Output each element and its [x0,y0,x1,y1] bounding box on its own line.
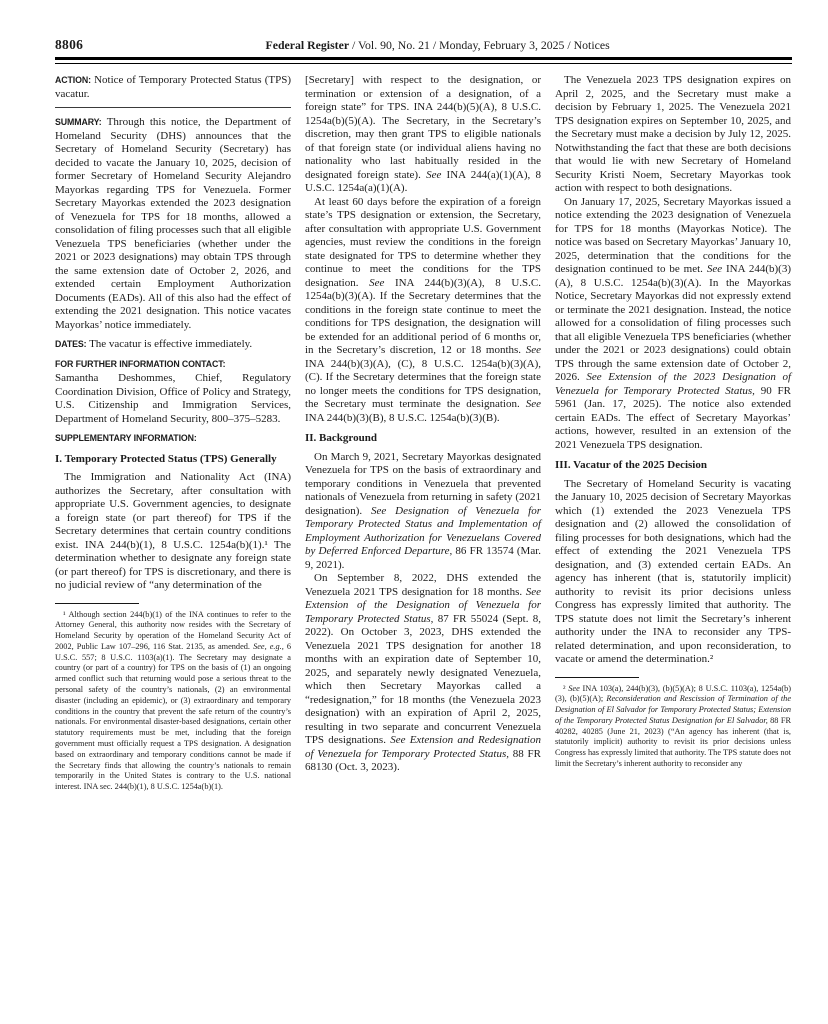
heading-section-1: I. Temporary Protected Status (TPS) Gene… [55,453,291,467]
supplementary-information-label: SUPPLEMENTARY INFORMATION: [55,432,291,446]
italic-citation: See [526,398,541,410]
text-run: The Venezuela 2023 TPS designation expir… [555,74,791,194]
text-run: INA 244(b)(3)(A), 8 U.S.C. 1254a(b)(3)(A… [555,263,791,383]
document-body: ACTION: Notice of Temporary Protected St… [55,74,792,793]
header-journal-name: Federal Register [266,38,350,52]
text-run: III. Vacatur of the 2025 Decision [555,459,707,471]
paragraph: The Secretary of Homeland Security is va… [555,478,791,667]
page-number: 8806 [55,37,83,53]
footnote-separator [555,677,639,678]
section-rule [55,107,291,108]
italic-citation: See [526,344,541,356]
text-run: The Secretary of Homeland Security is va… [555,478,791,666]
paragraph: At least 60 days before the expiration o… [305,196,541,426]
summary-section: SUMMARY: Through this notice, the Depart… [55,116,291,332]
paragraph: The Venezuela 2023 TPS designation expir… [555,74,791,196]
paragraph: On January 17, 2025, Secretary Mayorkas … [555,196,791,453]
footnote-1: ¹ Although section 244(b)(1) of the INA … [55,610,291,794]
section-label: ACTION: [55,75,91,85]
italic-citation: See [426,169,441,181]
dates-section: DATES: The vacatur is effective immediat… [55,338,291,352]
paragraph: On March 9, 2021, Secretary Mayorkas des… [305,451,541,573]
action-section: ACTION: Notice of Temporary Protected St… [55,74,291,101]
text-run: INA 244(b)(3)(A), (C), 8 U.S.C. 1254a(b)… [305,358,541,411]
heading-section-2: II. Background [305,432,541,446]
text-run: 6 U.S.C. 557; 8 U.S.C. 1103(a)(1). The S… [55,642,291,791]
section-label: FOR FURTHER INFORMATION CONTACT: [55,358,291,372]
italic-citation: See [369,277,384,289]
footnote-2: ² See INA 103(a), 244(b)(3), (b)(5)(A); … [555,684,791,770]
text-run: At least 60 days before the expiration o… [305,196,541,289]
text-run: On September 8, 2022, DHS extended the V… [305,572,541,598]
header-title: Federal Register / Vol. 90, No. 21 / Mon… [83,38,792,53]
text-run: The Immigration and Nationality Act (INA… [55,471,291,591]
text-run: The vacatur is effective immediately. [89,338,252,350]
text-run: Samantha Deshommes, Chief, Regulatory Co… [55,372,291,425]
text-run: Notice of Temporary Protected Status (TP… [55,74,291,100]
paragraph: [Secretary] with respect to the designat… [305,74,541,196]
text-run: II. Background [305,432,377,444]
header-issue-info: / Vol. 90, No. 21 / Monday, February 3, … [349,38,610,52]
italic-citation: See, e.g., [253,642,284,651]
page-header: 8806 Federal Register / Vol. 90, No. 21 … [55,37,792,53]
italic-citation: See [568,684,580,693]
section-label: DATES: [55,339,87,349]
paragraph: The Immigration and Nationality Act (INA… [55,471,291,593]
text-run: Through this notice, the Department of H… [55,116,291,331]
column-3: The Venezuela 2023 TPS designation expir… [555,74,791,793]
text-run: INA 244(b)(3)(B), 8 U.S.C. 1254a(b)(3)(B… [305,412,500,424]
header-double-rule [55,57,792,64]
section-label: SUMMARY: [55,117,102,127]
italic-citation: See [707,263,722,275]
heading-section-3: III. Vacatur of the 2025 Decision [555,459,791,473]
text-run: 87 FR 55024 (Sept. 8, 2022). On October … [305,613,541,747]
column-2: [Secretary] with respect to the designat… [305,74,541,793]
text-run: I. Temporary Protected Status (TPS) Gene… [55,453,277,465]
footnote-separator [55,603,139,604]
contact-section: FOR FURTHER INFORMATION CONTACT:Samantha… [55,358,291,427]
paragraph: On September 8, 2022, DHS extended the V… [305,572,541,775]
section-label: SUPPLEMENTARY INFORMATION: [55,432,291,446]
text-run: [Secretary] with respect to the designat… [305,74,541,181]
column-1: ACTION: Notice of Temporary Protected St… [55,74,291,793]
